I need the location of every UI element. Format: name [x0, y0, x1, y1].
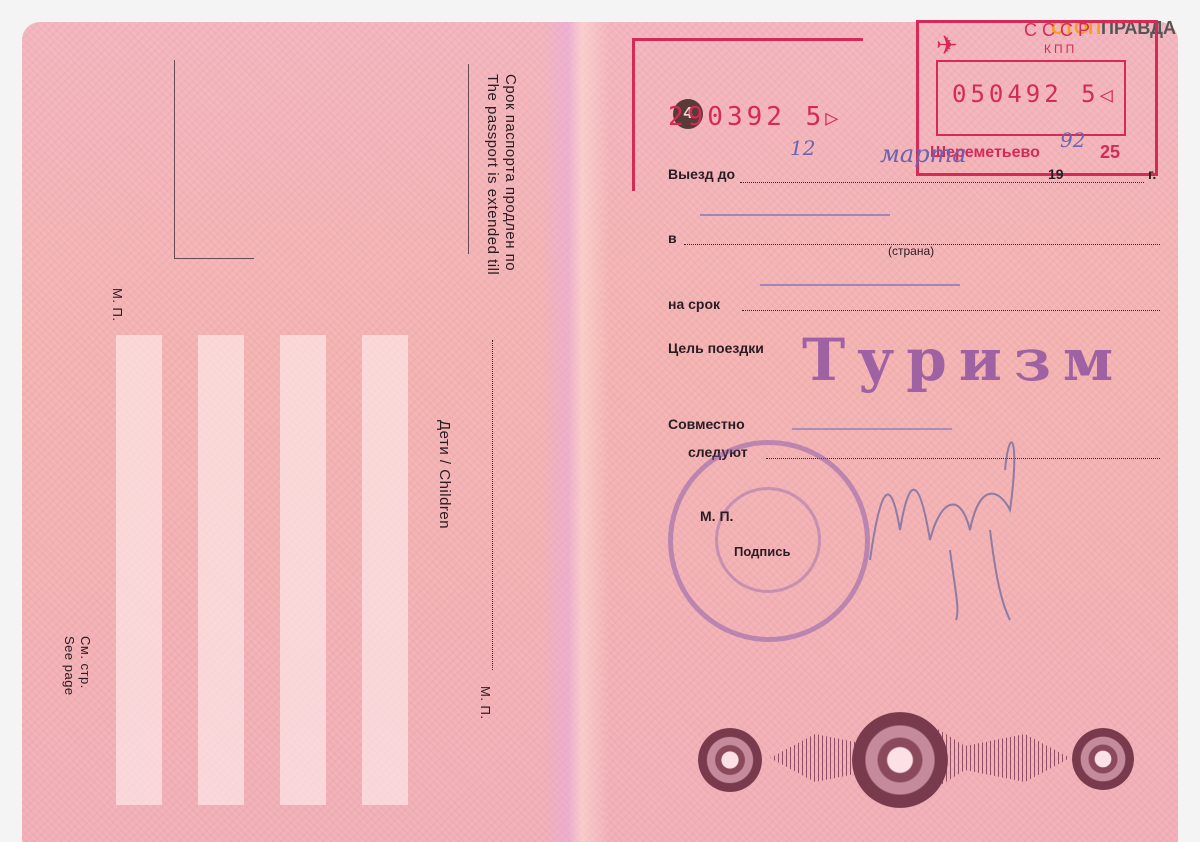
photo-frame-right	[468, 64, 469, 254]
photo-frame-left	[174, 60, 175, 258]
exit-month-handwritten: марта	[880, 140, 967, 168]
year-suffix: г.	[1148, 166, 1156, 182]
plane-icon: ✈	[936, 30, 958, 61]
country-caption: (страна)	[888, 244, 934, 258]
see-page-ru: См. стр.	[78, 636, 93, 689]
country-label: в	[668, 230, 677, 246]
signature-label: Подпись	[734, 544, 790, 559]
see-page-en: See page	[62, 636, 77, 696]
signature-icon	[860, 410, 1040, 630]
border-stamp-code: 25	[1100, 142, 1120, 163]
stripe-2	[198, 335, 244, 805]
purpose-label: Цель поездки	[668, 340, 764, 356]
handwritten-underline-2	[760, 284, 960, 286]
exit-day-handwritten: 12	[790, 136, 815, 160]
term-label: на срок	[668, 296, 720, 312]
stripe-1	[116, 335, 162, 805]
exit-year-handwritten: 92	[1060, 128, 1085, 152]
extended-ru-label: Срок паспорта продлен по	[502, 74, 519, 271]
stripe-4	[362, 335, 408, 805]
extended-line	[492, 340, 493, 670]
official-round-seal	[668, 440, 870, 642]
border-stamp-country: СССР	[1024, 20, 1095, 41]
term-line	[742, 310, 1160, 311]
children-label: Дети / Children	[436, 420, 453, 529]
mp-right-label: М. П.	[700, 508, 733, 524]
exit-label: Выезд до	[668, 166, 735, 182]
mp-bottom-label: М. П.	[478, 686, 493, 720]
rosette-center	[852, 712, 948, 808]
photo-frame-bottom	[174, 258, 254, 259]
handwritten-underline-1	[700, 214, 890, 216]
together-label-1: Совместно	[668, 416, 745, 432]
exit-line	[740, 182, 1144, 183]
stripe-3	[280, 335, 326, 805]
passport-spine	[540, 22, 610, 842]
rosette-right	[1072, 728, 1134, 790]
year-prefix: 19	[1048, 166, 1064, 182]
border-stamp-checkpoint: КПП	[1044, 42, 1077, 56]
extended-en-label: The passport is extended till	[484, 74, 501, 275]
purpose-stamp: Туризм	[802, 326, 1125, 394]
mp-top-label: М. П.	[110, 288, 125, 322]
border-stamp-date: 050492 5◁	[952, 80, 1117, 108]
exit-stamp-date: 290392 5▷	[668, 102, 842, 132]
rosette-left	[698, 728, 762, 792]
